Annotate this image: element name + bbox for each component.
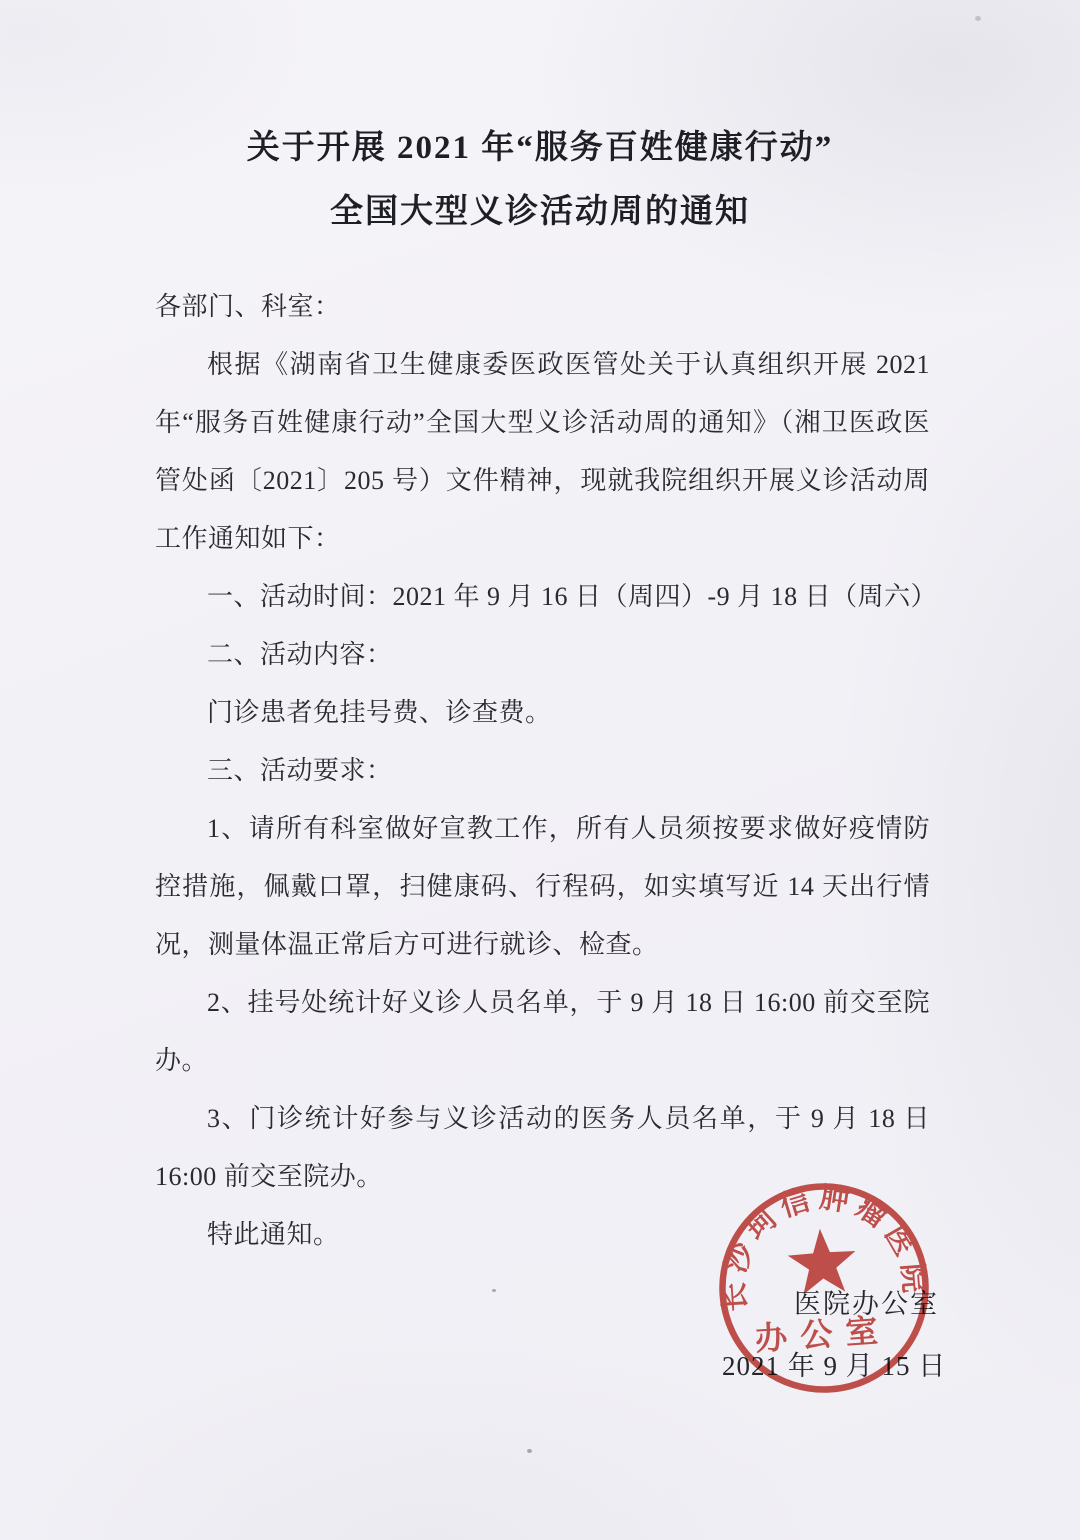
document-title: 关于开展 2021 年“服务百姓健康行动” 全国大型义诊活动周的通知 xyxy=(0,0,1080,244)
paragraph-basis: 根据《湖南省卫生健康委医政医管处关于认真组织开展 2021 年“服务百姓健康行动… xyxy=(155,336,930,568)
paper-speck xyxy=(527,1449,532,1453)
signature-date: 2021 年 9 月 15 日 xyxy=(722,1344,946,1383)
title-line-1: 关于开展 2021 年“服务百姓健康行动” xyxy=(0,116,1080,180)
paragraph-activity-time: 一、活动时间：2021 年 9 月 16 日（周四）-9 月 18 日（周六） xyxy=(155,568,930,626)
paragraph-requirement-1: 1、请所有科室做好宣教工作，所有人员须按要求做好疫情防控措施，佩戴口罩，扫健康码… xyxy=(155,800,930,974)
document-body: 各部门、科室： 根据《湖南省卫生健康委医政医管处关于认真组织开展 2021 年“… xyxy=(0,278,1080,1264)
paper-speck xyxy=(975,16,981,21)
paper-speck xyxy=(492,1289,496,1292)
paragraph-requirement-2: 2、挂号处统计好义诊人员名单，于 9 月 18 日 16:00 前交至院办。 xyxy=(155,974,930,1090)
salutation: 各部门、科室： xyxy=(155,278,930,336)
seal-center-label: 办公室 xyxy=(754,1312,892,1358)
paragraph-requirement-3: 3、门诊统计好参与义诊活动的医务人员名单，于 9 月 18 日 16:00 前交… xyxy=(155,1090,930,1206)
paragraph-activity-content: 门诊患者免挂号费、诊查费。 xyxy=(155,684,930,742)
notice-document-page: 关于开展 2021 年“服务百姓健康行动” 全国大型义诊活动周的通知 各部门、科… xyxy=(0,0,1080,1540)
issuing-office: 医院办公室 xyxy=(794,1282,939,1321)
title-line-2: 全国大型义诊活动周的通知 xyxy=(0,180,1080,244)
paragraph-activity-content-heading: 二、活动内容： xyxy=(155,626,930,684)
paragraph-activity-requirements-heading: 三、活动要求： xyxy=(155,742,930,800)
closing-statement: 特此通知。 xyxy=(155,1206,930,1264)
